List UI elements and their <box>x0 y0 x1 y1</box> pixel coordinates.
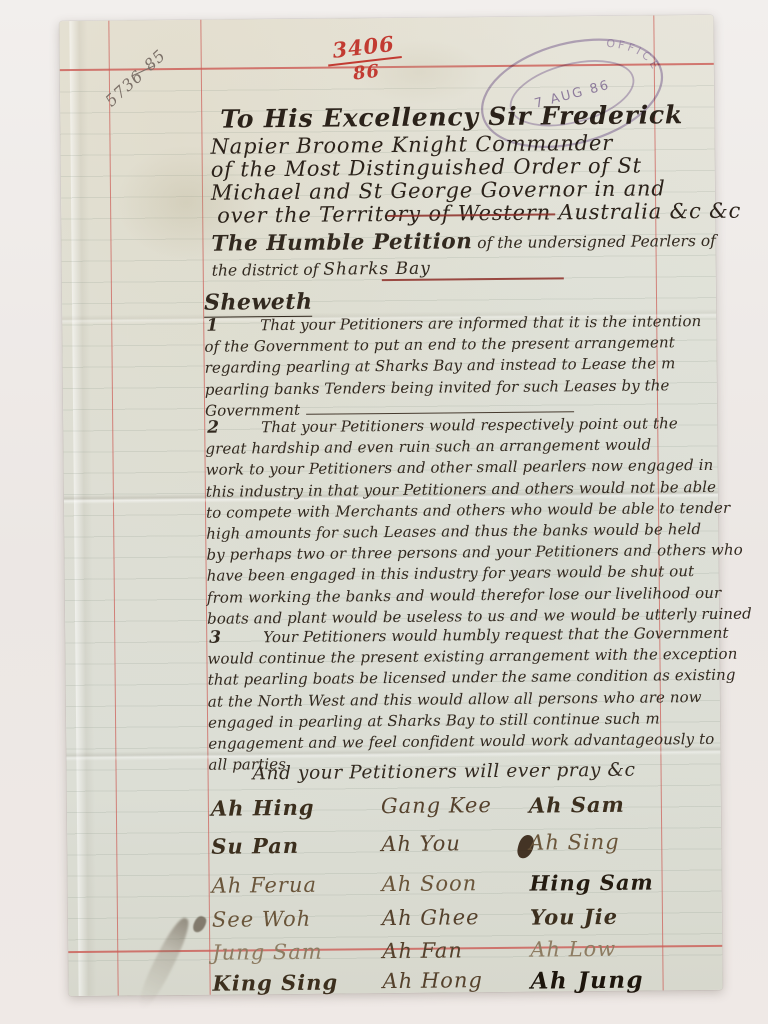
paragraph-2: 2 That your Petitioners would respective… <box>205 413 752 630</box>
title-line-1: The Humble Petition of the undersigned P… <box>211 227 716 259</box>
district-place: Sharks Bay <box>323 259 431 280</box>
paragraph-3: 3 Your Petitioners would humbly request … <box>207 623 738 777</box>
paragraph-1: 1 That your Petitioners are informed tha… <box>204 311 702 422</box>
signature: Ah Ghee <box>382 905 530 939</box>
title-rest-text: of the undersigned Pearlers of <box>472 232 716 252</box>
signature: Ah Fan <box>382 938 530 969</box>
pencil-number: 573685 <box>101 46 169 111</box>
signature: Hing Sam <box>530 869 664 904</box>
paragraph-number: 1 <box>206 316 218 337</box>
signature-grid: Ah Hing Gang Kee Ah Sam Su Pan Ah You Ah… <box>211 791 665 1006</box>
sheweth-heading: Sheweth <box>204 289 313 318</box>
signature: Ah Ferua <box>212 872 382 908</box>
title-big-text: The Humble Petition <box>211 229 472 257</box>
petition-title: The Humble Petition of the undersigned P… <box>211 227 716 284</box>
heading-line: To His Excellency Sir Frederick <box>210 99 740 136</box>
signature: Ah Sing <box>529 829 663 870</box>
signature: Ah Low <box>530 936 664 967</box>
closing-prayer: And your Petitioners will ever pray &c <box>252 760 635 785</box>
signature: Ah Hong <box>382 968 530 1005</box>
signature: See Woh <box>212 906 382 941</box>
signature: Gang Kee <box>381 793 529 832</box>
signature: King Sing <box>212 969 382 1007</box>
red-file-number: 3406 86 <box>325 30 405 87</box>
address-heading: To His Excellency Sir Frederick Napier B… <box>210 99 741 228</box>
signature: Ah Soon <box>382 871 530 906</box>
signature: You Jie <box>530 903 664 937</box>
left-fold-highlight <box>69 21 96 996</box>
paragraph-number: 3 <box>209 628 221 649</box>
title-line-2: the district of Sharks Bay <box>212 254 717 284</box>
paragraph-number: 2 <box>207 418 219 439</box>
signature: Ah You <box>381 831 529 872</box>
photo-backdrop: { "colors": { "ink": "#32291f", "ruling_… <box>0 0 768 1024</box>
signature: Su Pan <box>211 832 381 874</box>
signature: Ah Sam <box>529 791 663 830</box>
graphite-smear-tip <box>191 914 208 934</box>
signature: Ah Hing <box>211 794 381 834</box>
district-prefix: the district of <box>212 261 324 280</box>
petition-document: 3406 86 573685 To His Excellency Sir Fre… <box>59 15 722 996</box>
signature: Jung Sam <box>212 939 382 971</box>
margin-line-left-outer <box>108 21 119 996</box>
graphite-smear <box>133 914 195 1012</box>
signature: Ah Jung <box>530 966 664 1003</box>
